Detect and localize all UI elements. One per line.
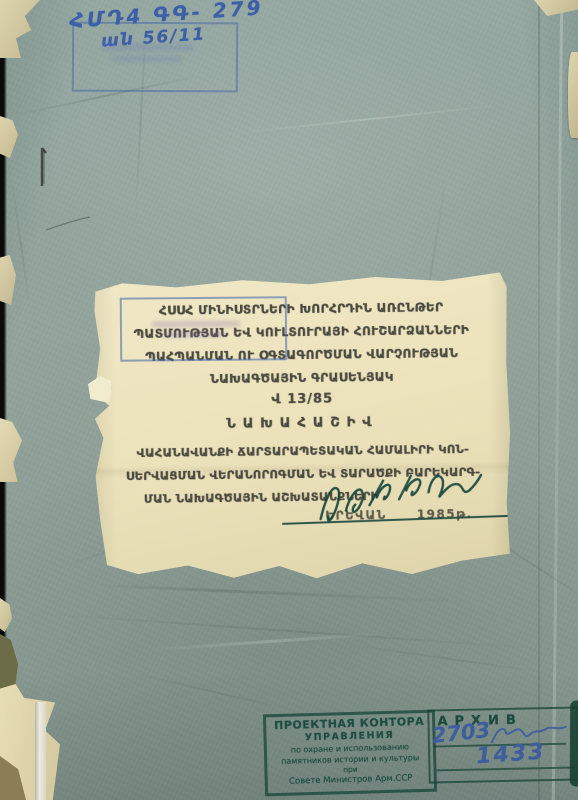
pencil-scribble [44, 214, 92, 234]
faint-stamp-impression [162, 332, 226, 338]
torn-paper-chunk [568, 52, 578, 138]
crease-line [122, 670, 298, 712]
crease-line [552, 0, 563, 800]
exposed-page-edge [35, 702, 46, 800]
project-office-stamp: ПРОЕКТНАЯ КОНТОРА УПРАВЛЕНИЯ по охране и… [263, 710, 437, 797]
torn-paper-chunk [534, 0, 578, 16]
crease-line [11, 180, 31, 309]
document-number: Վ 13/85 [95, 389, 510, 409]
crease-line [90, 583, 480, 603]
torn-label-chip [88, 376, 112, 403]
blue-frame-stamp-on-label [120, 296, 288, 361]
faint-stamp-impression [152, 321, 240, 328]
torn-paper-chunk [0, 255, 16, 305]
blue-frame-stamp [72, 22, 238, 93]
crease-line [538, 0, 540, 800]
crease-line [41, 613, 540, 650]
torn-paper-chunk [0, 0, 40, 58]
ink-blob [570, 700, 578, 786]
crease-line [241, 104, 500, 133]
torn-paper-chunk [0, 418, 22, 482]
faint-stamp-impression [112, 56, 182, 62]
staple-icon [34, 144, 50, 192]
scanned-archival-cover: ՀՄԴ4 ԳԳ- 279 ան 56/11 ՀՍՍՀ ՄԻՆԻՍՏՐՆԵՐԻ Խ… [0, 0, 578, 800]
document-title: ՆԱԽԱՀԱՇԻՎ [95, 413, 510, 433]
torn-paper-chunk [0, 116, 18, 158]
handwritten-archive-number-bottom: 1433 [475, 739, 546, 769]
torn-paper-chunk [0, 598, 12, 632]
crease-line [150, 632, 390, 652]
faint-stamp-impression [102, 44, 194, 51]
archive-stamp: АРХИВ 2703 1433 [427, 706, 578, 783]
crease-line [351, 644, 549, 674]
